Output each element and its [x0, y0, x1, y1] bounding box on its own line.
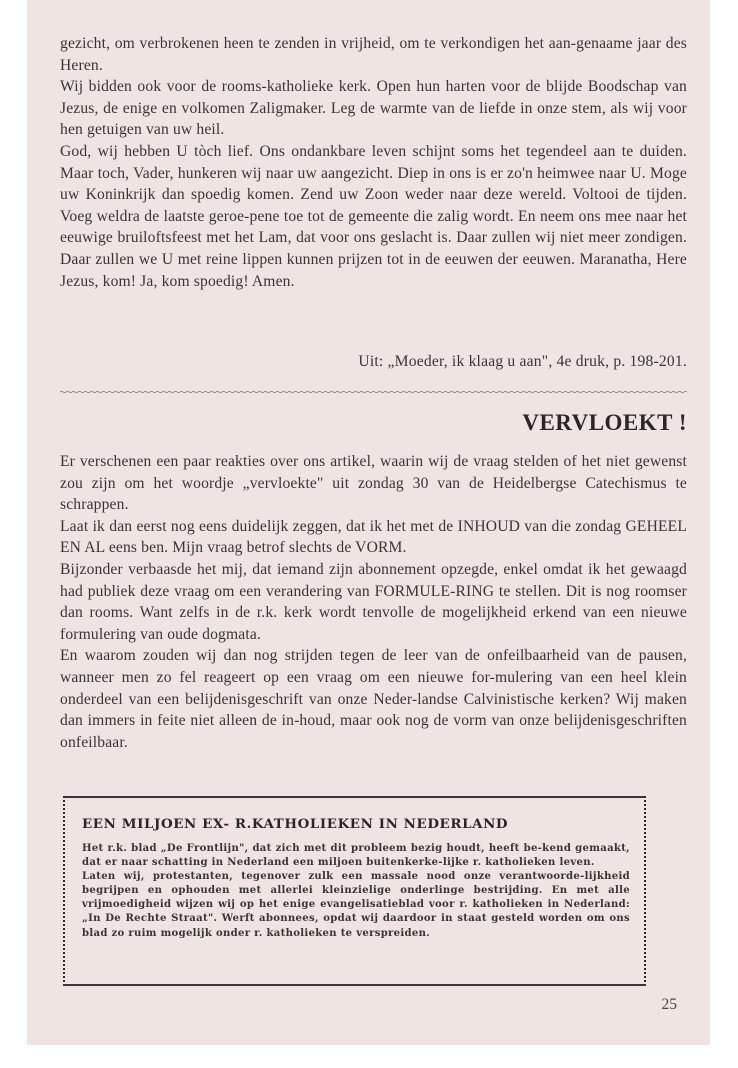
article-text: Er verschenen een paar reakties over ons…: [60, 451, 687, 753]
box-left-dotted-rule: [63, 796, 65, 986]
paragraph: God, wij hebben U tòch lief. Ons ondankb…: [60, 141, 687, 292]
box-title: EEN MILJOEN EX- R.KATHOLIEKEN IN NEDERLA…: [82, 816, 508, 832]
article-title: VERVLOEKT !: [60, 410, 687, 436]
paragraph: Wij bidden ook voor de rooms-katholieke …: [60, 76, 687, 141]
box-top-rule: [63, 796, 646, 798]
box-text: Het r.k. blad „De Frontlijn", dat zich m…: [82, 842, 630, 941]
notice-box: EEN MILJOEN EX- R.KATHOLIEKEN IN NEDERLA…: [63, 796, 646, 986]
paragraph: Er verschenen een paar reakties over ons…: [60, 451, 687, 516]
wavy-divider: [60, 390, 687, 394]
paragraph: Bijzonder verbaasde het mij, dat iemand …: [60, 559, 687, 645]
document-page: gezicht, om verbrokenen heen te zenden i…: [27, 0, 710, 1045]
paragraph: En waarom zouden wij dan nog strijden te…: [60, 645, 687, 753]
paragraph: Laten wij, protestanten, tegenover zulk …: [82, 870, 630, 940]
page-number: 25: [662, 996, 678, 1014]
prayer-text: gezicht, om verbrokenen heen te zenden i…: [60, 33, 687, 292]
paragraph: gezicht, om verbrokenen heen te zenden i…: [60, 33, 687, 76]
paragraph: Laat ik dan eerst nog eens duidelijk zeg…: [60, 516, 687, 559]
paragraph: Het r.k. blad „De Frontlijn", dat zich m…: [82, 842, 630, 870]
box-right-dotted-rule: [644, 796, 646, 986]
box-bottom-rule: [63, 984, 646, 986]
citation: Uit: „Moeder, ik klaag u aan", 4e druk, …: [60, 353, 687, 371]
